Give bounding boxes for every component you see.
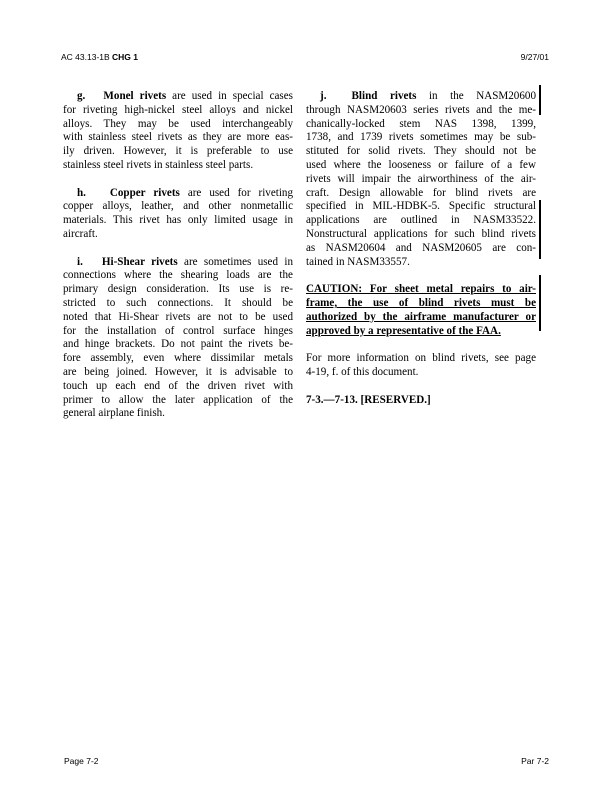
text-line: stituted for solid rivets. They should n… xyxy=(306,145,536,159)
text-line: applications are outlined in NASM33522. xyxy=(306,214,536,228)
text-line: connections where the shearing loads are… xyxy=(63,269,293,283)
text-line: with stainless steel rivets as they are … xyxy=(63,131,293,145)
text-line: 1738, and 1739 rivets sometimes may be s… xyxy=(306,131,536,145)
more-info-paragraph: For more information on blind rivets, se… xyxy=(306,352,536,380)
text-line: chanically-locked stem NAS 1398, 1399, xyxy=(306,118,536,132)
paragraph-label: i. xyxy=(63,256,83,268)
paragraph-term: Monel rivets xyxy=(103,90,166,102)
document-date: 9/27/01 xyxy=(521,52,549,62)
text-line: through NASM20603 series rivets and the … xyxy=(306,104,536,118)
text-line: 4-19, f. of this document. xyxy=(306,366,536,380)
caution-line: CAUTION: For sheet metal repairs to air- xyxy=(306,283,536,297)
text-line: rivets will impair the airworthiness of … xyxy=(306,173,536,187)
text-line: alloys. They may be used interchangeably xyxy=(63,118,293,132)
paragraph-term: Blind rivets xyxy=(352,90,417,102)
text-line: For more information on blind rivets, se… xyxy=(306,352,536,366)
right-column: j. Blind rivets in the NASM20600 through… xyxy=(306,90,536,407)
paragraph-label: g. xyxy=(63,90,85,102)
text-line: general airplane finish. xyxy=(63,407,293,421)
text-line: in the NASM20600 xyxy=(429,90,536,102)
text-line: as NASM20604 and NASM20605 are con- xyxy=(306,242,536,256)
text-line: are used in special cases xyxy=(172,90,293,102)
text-line: primer to allow the later application of… xyxy=(63,394,293,408)
text-line: copper alloys, leather, and other nonmet… xyxy=(63,200,293,214)
paragraph-g: g. Monel rivets are used in special case… xyxy=(63,90,293,173)
paragraph-label: h. xyxy=(63,187,86,199)
document-id: AC 43.13-1B CHG 1 xyxy=(61,52,138,62)
text-line: materials. This rivet has only limited u… xyxy=(63,214,293,228)
caution-notice: CAUTION: For sheet metal repairs to air-… xyxy=(306,283,536,338)
left-column: g. Monel rivets are used in special case… xyxy=(63,90,293,435)
text-line: fore assembly, even where dissimilar met… xyxy=(63,352,293,366)
text-line: Nonstructural applications for such blin… xyxy=(306,228,536,242)
paragraph-label: j. xyxy=(306,90,326,102)
text-line: tained in NASM33557. xyxy=(306,256,536,270)
text-line: are sometimes used in xyxy=(184,256,293,268)
text-line: for riveting high-nickel steel alloys an… xyxy=(63,104,293,118)
caution-line: approved by a representative of the FAA. xyxy=(306,325,536,339)
text-line: craft. Design allowable for blind rivets… xyxy=(306,187,536,201)
text-line: stricted to such connections. It should … xyxy=(63,297,293,311)
paragraph-h: h. Copper rivets are used for riveting c… xyxy=(63,187,293,242)
change-bar xyxy=(539,200,541,259)
page-number: Page 7-2 xyxy=(64,756,99,766)
paragraph-term: Hi-Shear rivets xyxy=(102,256,178,268)
paragraph-term: Copper rivets xyxy=(110,187,180,199)
text-line: primary design consideration. Its use is… xyxy=(63,283,293,297)
text-line: used where the looseness or failure of a… xyxy=(306,159,536,173)
text-line: ily driven. However, it is preferable to… xyxy=(63,145,293,159)
paragraph-i: i. Hi-Shear rivets are sometimes used in… xyxy=(63,256,293,422)
change-number: CHG 1 xyxy=(112,52,138,62)
reserved-heading: 7-3.—7-13. [RESERVED.] xyxy=(306,394,536,408)
text-line: stainless steel rivets in stainless stee… xyxy=(63,159,293,173)
change-bar xyxy=(539,85,541,115)
paragraph-j: j. Blind rivets in the NASM20600 through… xyxy=(306,90,536,269)
paragraph-reference: Par 7-2 xyxy=(521,756,549,766)
caution-line: frame, the use of blind rivets must be xyxy=(306,297,536,311)
text-line: aircraft. xyxy=(63,228,293,242)
doc-id-text: AC 43.13-1B xyxy=(61,52,112,62)
text-line: specified in MIL-HDBK-5. Specific struct… xyxy=(306,200,536,214)
text-line: for the installation of control surface … xyxy=(63,325,293,339)
text-line: are used for riveting xyxy=(188,187,293,199)
text-line: and hinge brackets. Do not paint the riv… xyxy=(63,338,293,352)
caution-line: authorized by the airframe manufacturer … xyxy=(306,311,536,325)
text-line: are being joined. However, it is advisab… xyxy=(63,366,293,380)
text-line: touch up each end of the driven rivet wi… xyxy=(63,380,293,394)
text-line: noted that Hi-Shear rivets are not to be… xyxy=(63,311,293,325)
change-bar xyxy=(539,275,541,331)
